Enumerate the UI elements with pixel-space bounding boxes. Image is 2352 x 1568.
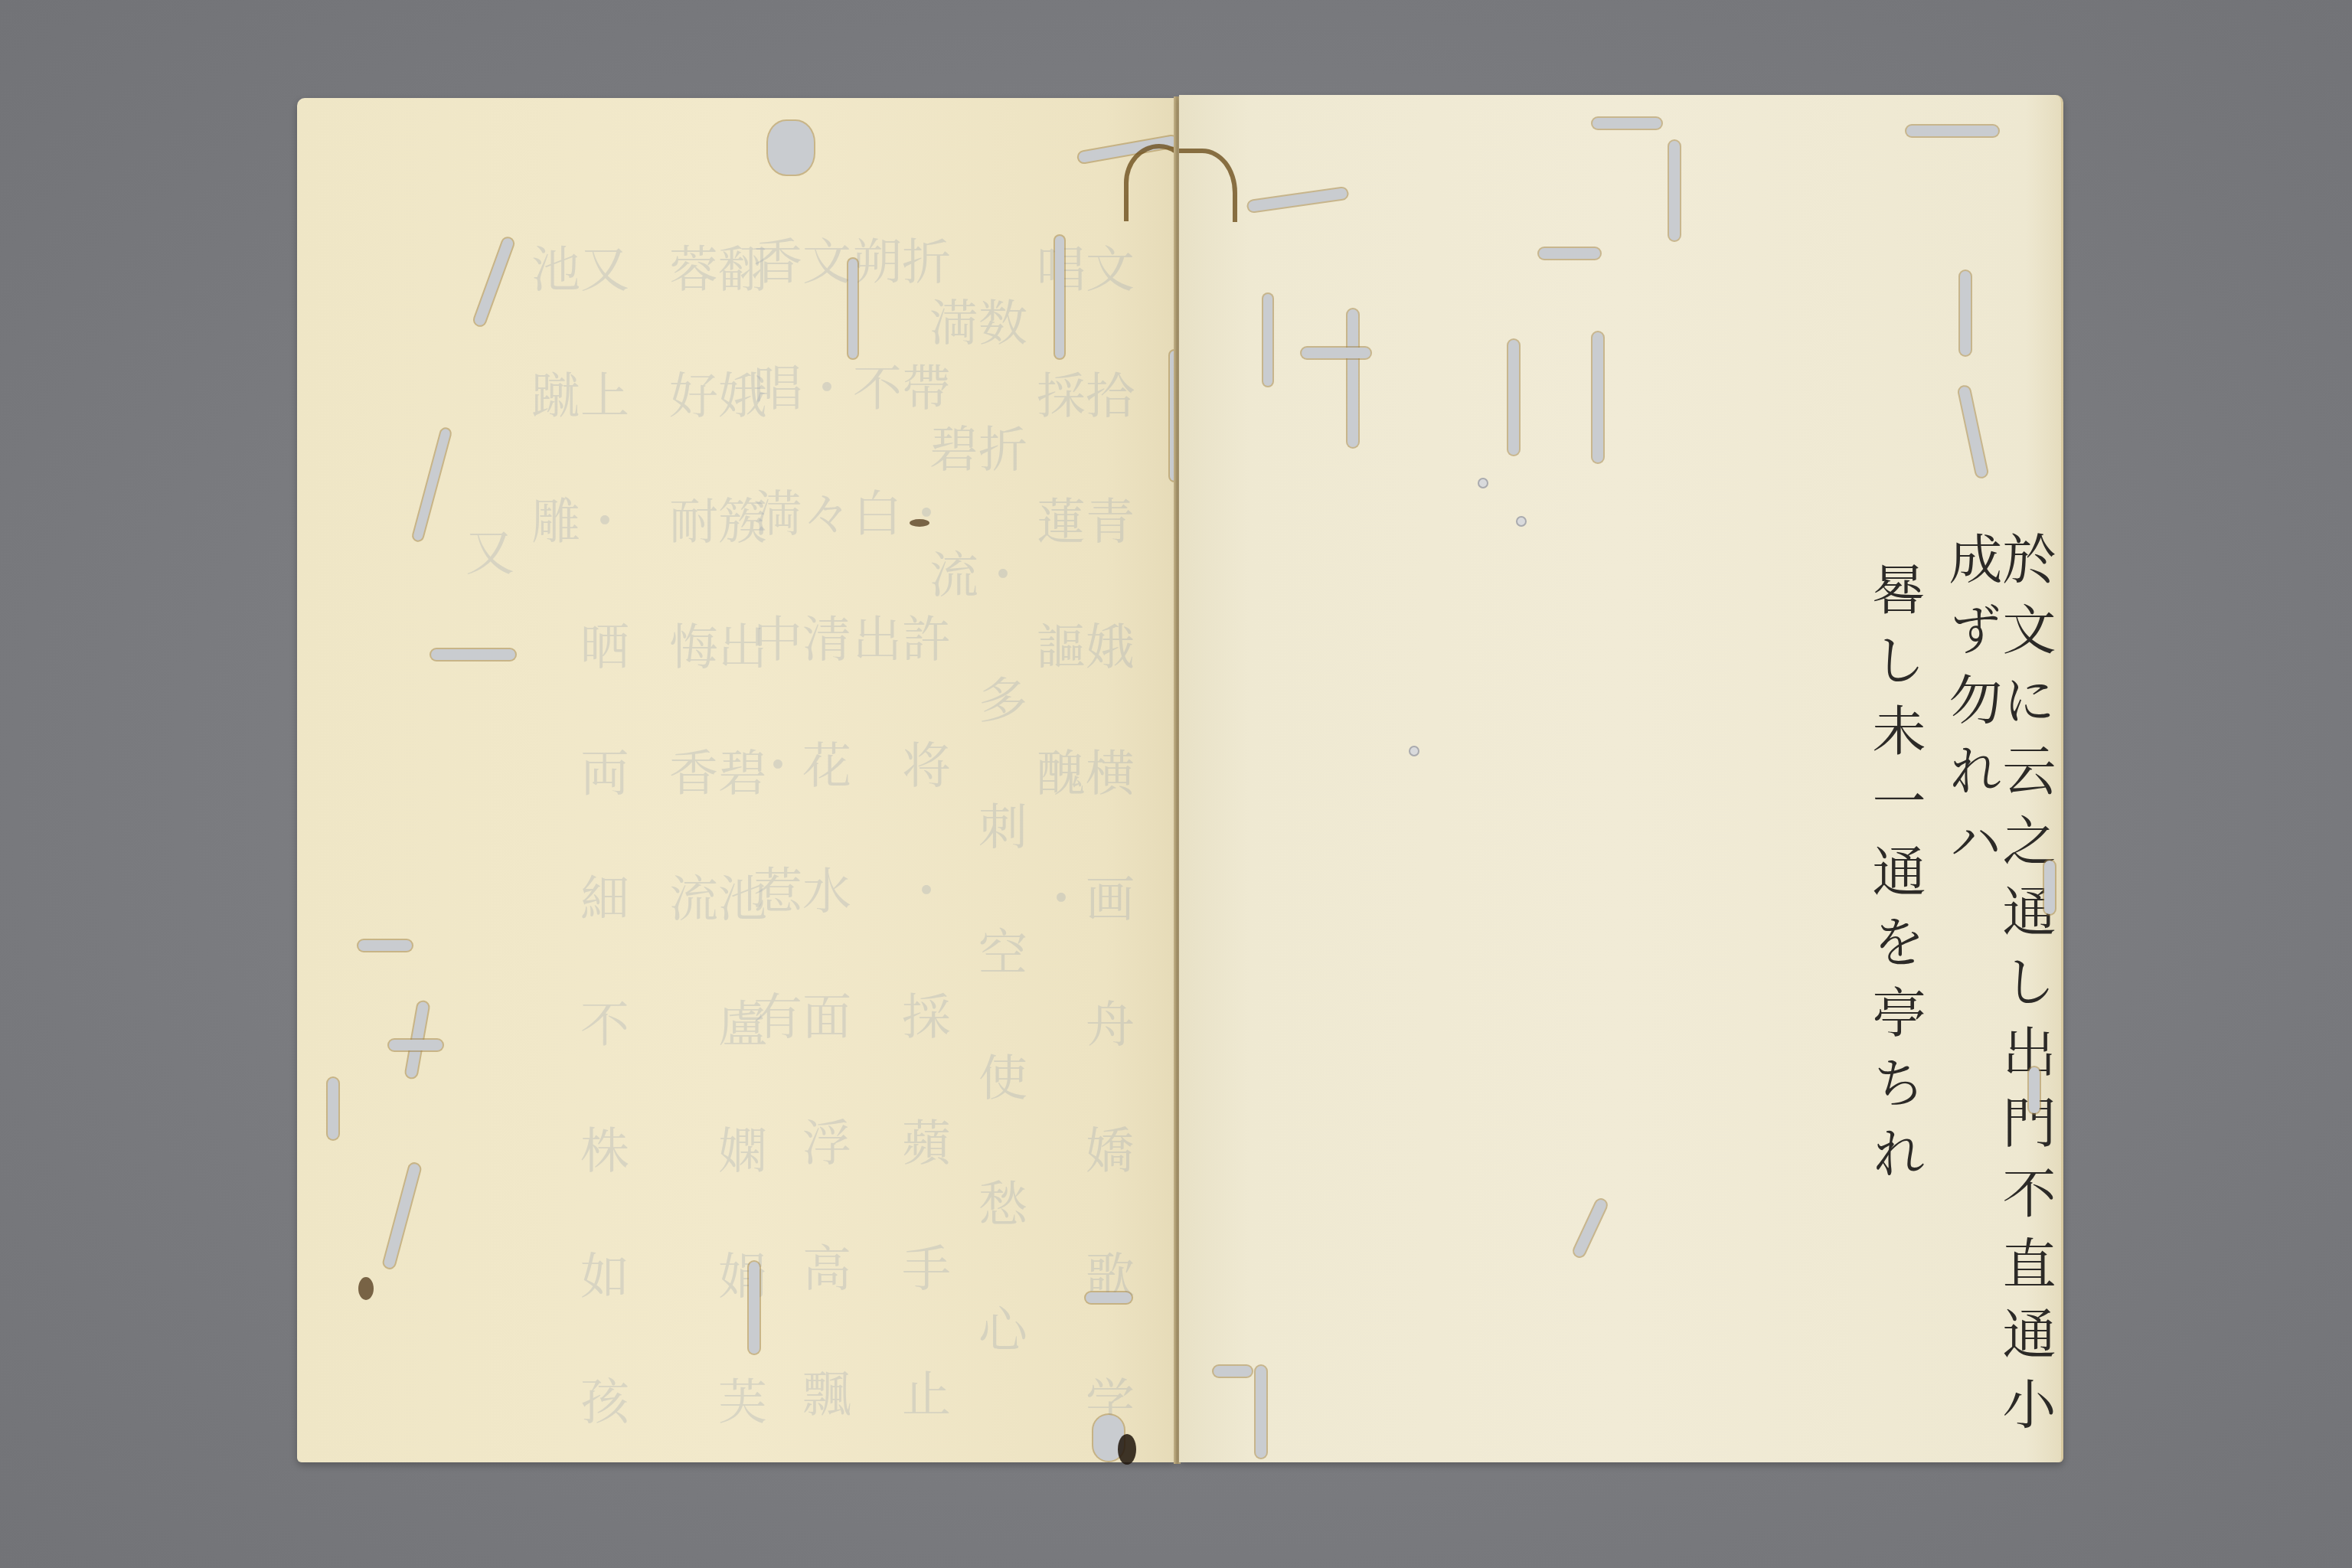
wormhole <box>848 259 857 358</box>
wormhole <box>1592 118 1661 129</box>
wormhole <box>1086 1292 1132 1303</box>
wormhole <box>473 237 514 327</box>
pinhole <box>1516 516 1527 527</box>
wormhole <box>328 1078 338 1139</box>
wormhole <box>1055 236 1064 358</box>
ink-stain <box>1118 1434 1136 1465</box>
right-page: 於文に云之通し出門不直通小成ず勿れハ 晷し未一通を亭ちれ <box>1179 95 2063 1462</box>
left-page: 又 翻 娥 簇 出 碧 池 盧 嫻 娟 芙 蓉 好 耐 悔 香 流 又 上 ・ … <box>297 98 1176 1462</box>
wormhole <box>2044 861 2055 914</box>
wormhole <box>358 940 412 951</box>
wormhole <box>431 649 515 660</box>
handwritten-column-1: 於文に云之通し出門不直通小成ず勿れハ <box>1945 531 2052 1462</box>
wormhole <box>383 1163 421 1269</box>
wormhole <box>1214 1366 1252 1377</box>
wormhole <box>749 1262 759 1354</box>
wormhole <box>1302 348 1370 358</box>
wormhole <box>1592 332 1603 462</box>
wormhole <box>1347 309 1358 447</box>
wormhole <box>1508 340 1519 455</box>
wormhole <box>1539 248 1600 259</box>
binding-stain <box>1179 149 1237 222</box>
wormhole <box>1669 141 1680 240</box>
wormhole <box>1573 1198 1608 1258</box>
pinhole <box>1409 746 1419 756</box>
wormhole <box>1960 271 1971 355</box>
bleed-column-7: 文 拾 青 娥 横 画 舟 嬌 歌 学 唱 採 蓮 謳 醜 ・ <box>1032 243 1130 1462</box>
ink-stain <box>910 519 929 527</box>
wormhole <box>1248 188 1348 212</box>
bleed-column-6: 数 折 ・ 多 刺 空 使 愁 心 満 碧 流 <box>925 297 1023 1462</box>
bleed-column-5: 文 ・ 々 清 花 水 面 浮 高 飄 香 唱 満 中 ・ 惹 有 <box>749 236 847 1462</box>
wormhole <box>1958 386 1988 478</box>
wormhole <box>768 121 814 175</box>
wormhole <box>389 1040 443 1050</box>
ink-stain <box>358 1277 374 1300</box>
bleed-column-1: 又 <box>461 527 510 606</box>
wormhole <box>1256 1366 1266 1458</box>
wormhole <box>2029 1067 2040 1113</box>
wormhole <box>1906 126 1998 136</box>
handwritten-column-2: 晷し未一通を亭ちれ <box>1868 562 1922 1196</box>
bleed-column-3: 又 上 ・ 晒 両 細 不 株 如 孩 池 蹴 雕 <box>527 243 625 1462</box>
wormhole <box>1263 294 1272 386</box>
pinhole <box>1478 478 1488 488</box>
wormhole <box>413 428 451 541</box>
